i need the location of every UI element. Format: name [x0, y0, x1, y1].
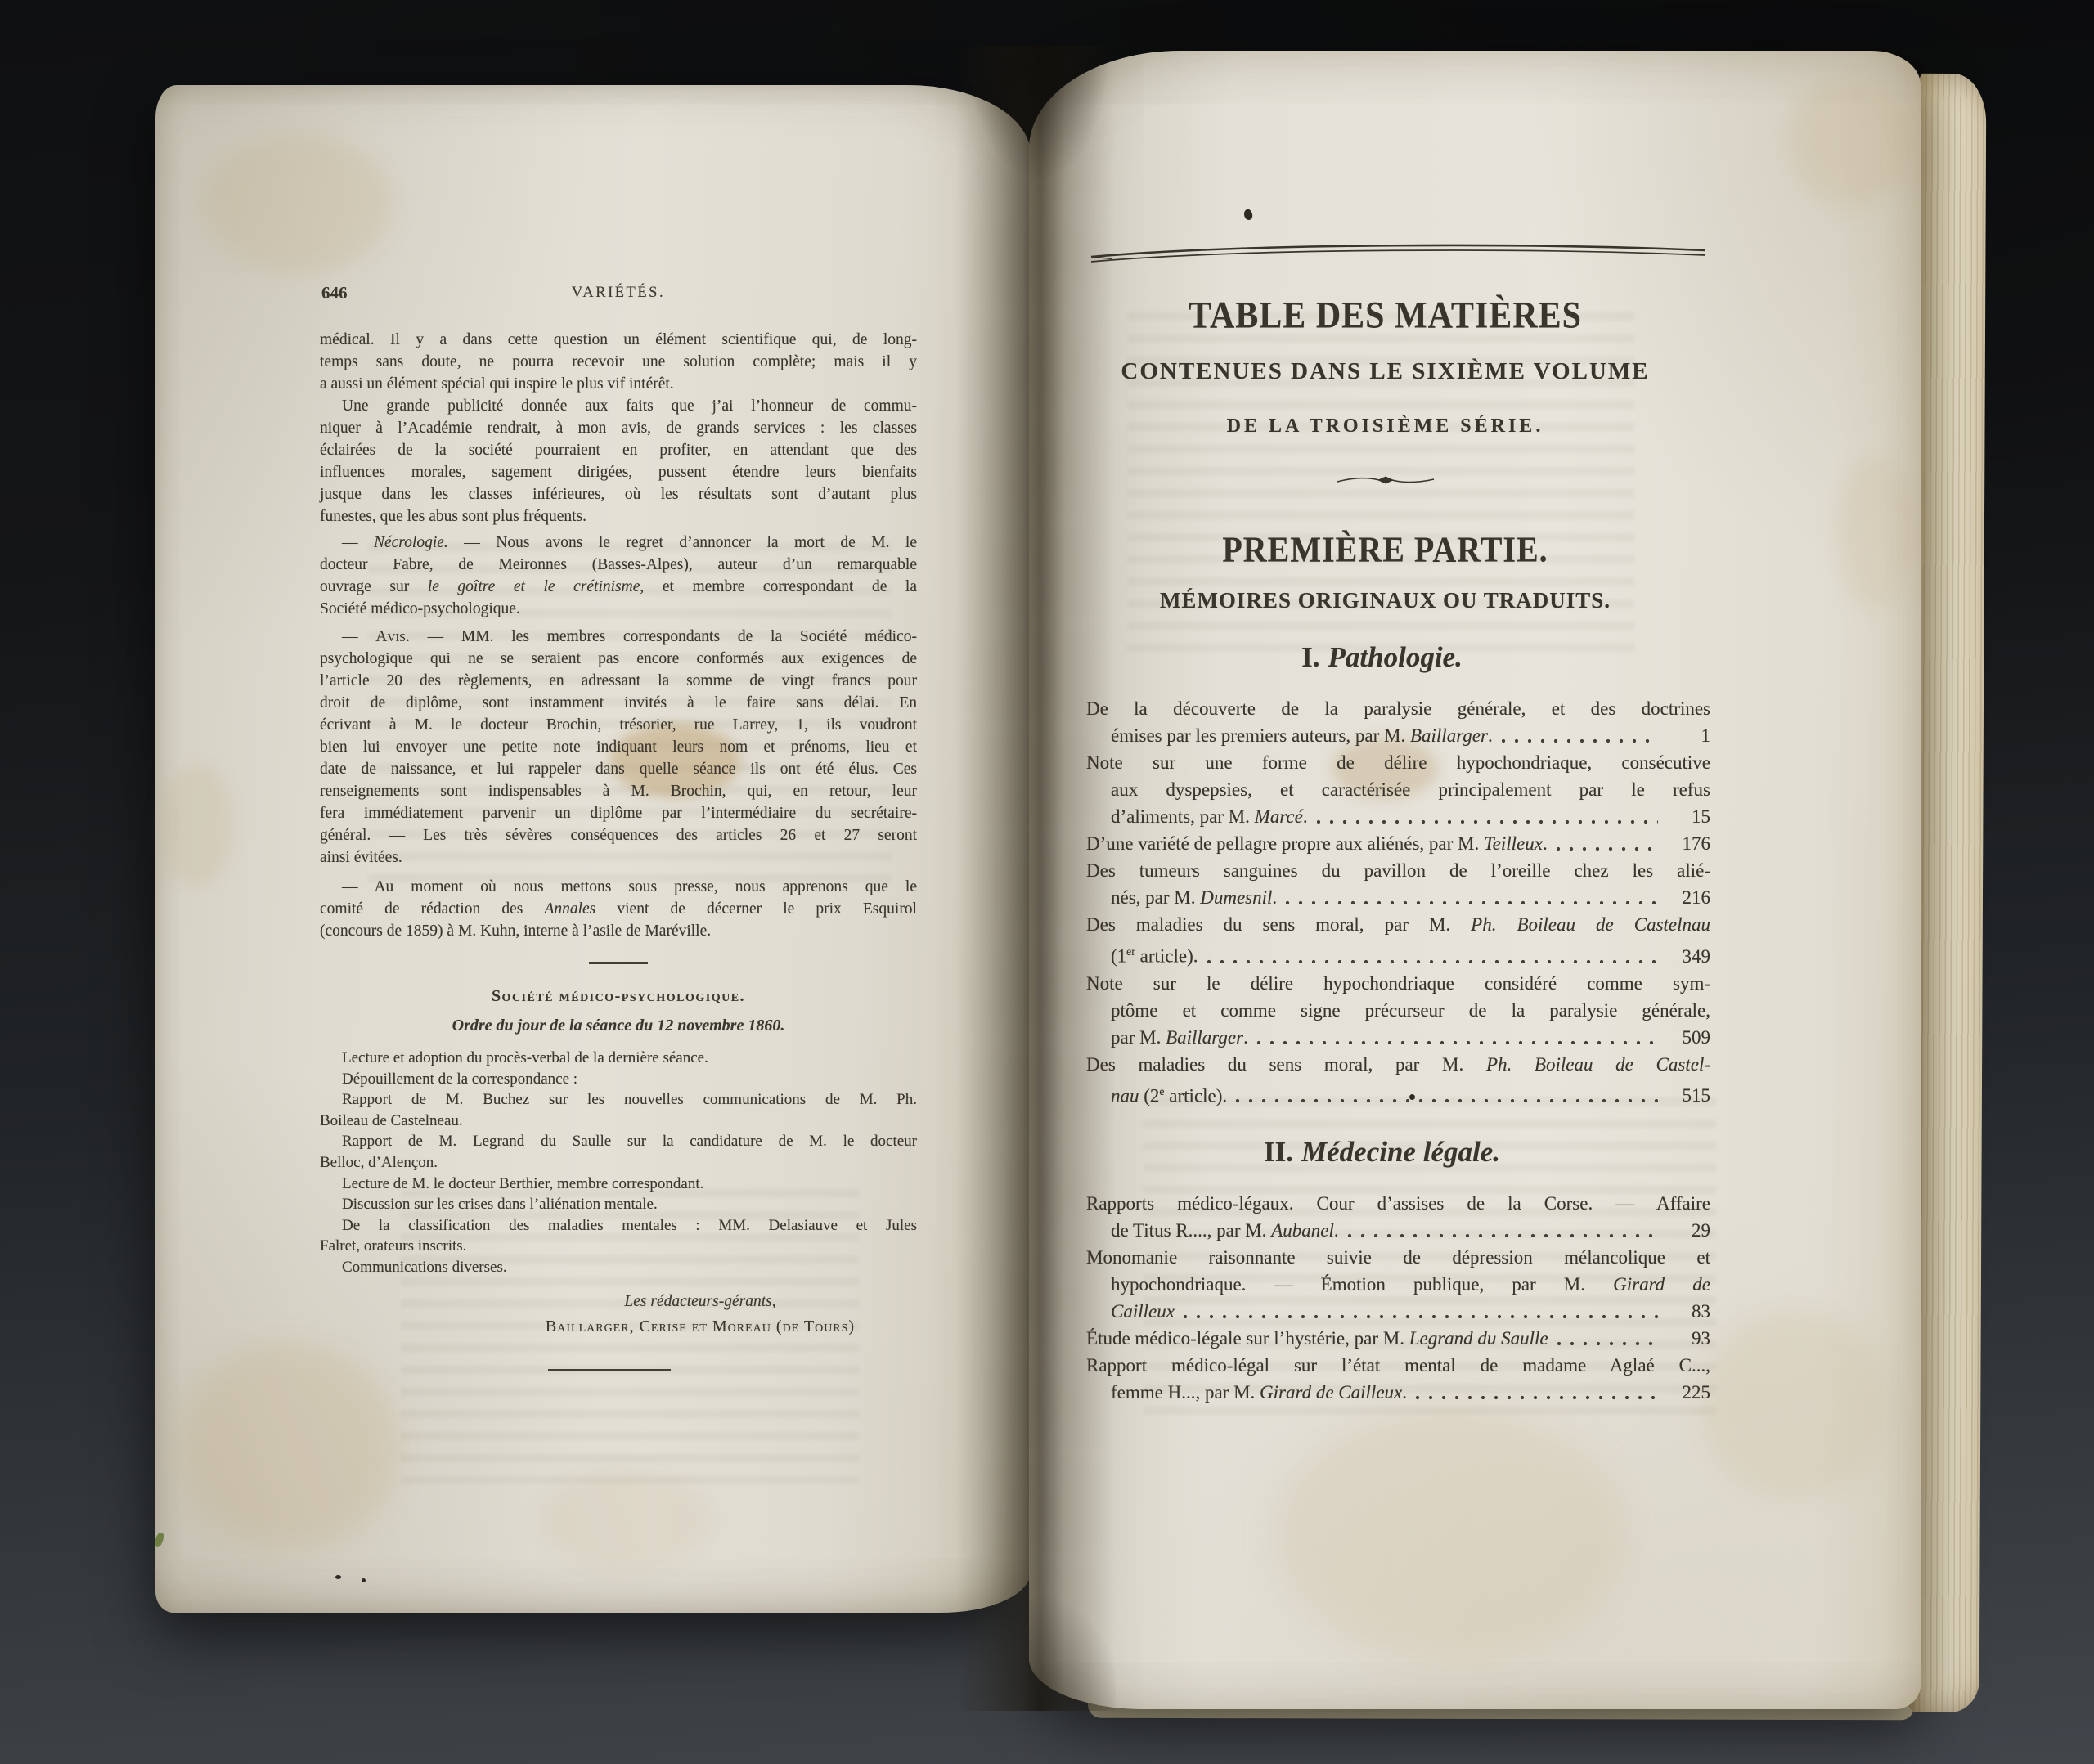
agenda-line: Lecture et adoption du procès-verbal de … [320, 1048, 917, 1069]
toc-entry-text: d’aliments, par M. Marcé. [1111, 803, 1308, 830]
paragraph-line: renseignements sont indispensables à M. … [320, 780, 917, 802]
paragraph-line: médical. Il y a dans cette question un é… [320, 329, 917, 351]
toc-entry-text: femme H..., par M. Girard de Cailleux. [1111, 1379, 1407, 1406]
toc-section-number: II. [1264, 1136, 1293, 1168]
toc-entry-line: Note sur une forme de délire hypochondri… [1086, 749, 1710, 776]
text-segment: d’aliments, par M. [1111, 806, 1255, 827]
paragraph-line: — Au moment où nous mettons sous presse,… [320, 876, 917, 898]
toc-entry: Note sur une forme de délire hypochondri… [1086, 749, 1710, 830]
paragraph-line: temps sans doute, ne pourra recevoir une… [320, 351, 917, 373]
text-segment: Discussion sur les crises dans l’aliénat… [342, 1196, 658, 1213]
toc-entry: Des tumeurs sanguines du pavillon de l’o… [1086, 857, 1710, 911]
toc-entry-lastline: par M. Baillarger.509 [1086, 1024, 1710, 1051]
toc-entry-lastline: d’aliments, par M. Marcé.15 [1086, 803, 1710, 830]
paragraph: — Nécrologie. — Nous avons le regret d’a… [320, 532, 917, 620]
text-segment: Rapports médico-légaux. Cour d’assises d… [1086, 1193, 1710, 1214]
agenda-line: De la classification des maladies mental… [320, 1215, 917, 1237]
text-segment: Dépouillement de la correspondance : [342, 1071, 577, 1088]
paragraph-line: fera immédiatement parvenir un diplôme p… [320, 802, 917, 824]
text-segment: . [1243, 1027, 1248, 1048]
dot-leader [1347, 1233, 1658, 1238]
text-segment: émises par les premiers auteurs, par M. [1111, 725, 1410, 746]
toc-section-heading: I.Pathologie. [1086, 640, 1710, 675]
toc-page-number: 1 [1665, 722, 1710, 749]
agenda-line: Rapport de M. Buchez sur les nouvelles c… [320, 1089, 917, 1111]
text-segment: . [1334, 1220, 1339, 1241]
text-segment: (2 [1139, 1085, 1160, 1106]
agenda-item: Communications diverses. [320, 1257, 917, 1278]
paragraph-line: date de naissance, et lui rappeler dans … [320, 758, 917, 780]
dot-leader [1285, 900, 1658, 905]
toc-title: TABLE DES MATIÈRES [1086, 294, 1710, 337]
paragraph-line: influences morales, sagement dirigées, p… [320, 461, 917, 483]
paragraph-line: funestes, que les abus sont plus fréquen… [320, 505, 917, 527]
toc-entry-line: Rapport médico-légal sur l’état mental d… [1086, 1352, 1710, 1379]
text-segment: Falret, orateurs inscrits. [320, 1237, 466, 1255]
toc-entry: Rapports médico-légaux. Cour d’assises d… [1086, 1190, 1710, 1244]
agenda-line: Communications diverses. [320, 1257, 917, 1278]
agenda-heading: Ordre du jour de la séance du 12 novembr… [320, 1015, 917, 1037]
text-segment: Des maladies du sens moral, par M. [1086, 914, 1471, 935]
double-rule-ornament [1086, 240, 1710, 263]
text-segment: comité de rédaction des [320, 900, 544, 918]
toc-entry-lastline: nés, par M. Dumesnil.216 [1086, 884, 1710, 911]
text-segment: Lecture et adoption du procès-verbal de … [342, 1049, 708, 1066]
toc-entry-lastline: (1er article).349 [1086, 938, 1710, 970]
toc-entry-text: Cailleux [1111, 1298, 1175, 1325]
text-segment: . [1402, 1382, 1407, 1403]
text-segment: a aussi un élément spécial qui inspire l… [320, 375, 674, 393]
text-segment: droit de diplôme, sont instamment invité… [320, 694, 917, 711]
text-segment: (1 [1111, 946, 1126, 967]
agenda-item: De la classification des maladies mental… [320, 1215, 917, 1257]
toc-entry-text: Étude médico-légale sur l’hystérie, par … [1086, 1325, 1548, 1352]
toc-entry-text: (1er article). [1111, 938, 1198, 970]
toc-page-number: 93 [1665, 1325, 1710, 1352]
toc-series-line: DE LA TROISIÈME SÉRIE. [1086, 416, 1710, 437]
paragraph-line: (concours de 1859) à M. Kuhn, interne à … [320, 920, 917, 942]
text-segment: Teilleux [1484, 833, 1543, 854]
text-segment: nés, par M. [1111, 887, 1200, 908]
paragraph-line: Société médico-psychologique. [320, 598, 917, 620]
text-segment: femme H..., par M. [1111, 1382, 1260, 1403]
toc-entry-line: De la découverte de la paralysie général… [1086, 695, 1710, 722]
toc-entry: Rapport médico-légal sur l’état mental d… [1086, 1352, 1710, 1406]
toc-section-name: Médecine légale. [1301, 1136, 1500, 1168]
toc-entry-lastline: Étude médico-légale sur l’hystérie, par … [1086, 1325, 1710, 1352]
running-head: VARIÉTÉS. [320, 282, 917, 304]
text-segment: , et membre correspondant de la [640, 578, 917, 595]
text-segment: ptôme et comme signe précurseur de la pa… [1111, 1000, 1710, 1021]
text-segment: vient de décerner le prix Esquirol [595, 900, 917, 918]
text-segment: — Au moment où nous mettons sous presse,… [342, 878, 917, 895]
toc-entry-text: de Titus R...., par M. Aubanel. [1111, 1217, 1339, 1244]
agenda-line: Discussion sur les crises dans l’aliénat… [320, 1194, 917, 1215]
text-segment: Note sur le délire hypochondriaque consi… [1086, 973, 1710, 994]
text-segment: Communications diverses. [342, 1259, 507, 1276]
part-heading: PREMIÈRE PARTIE. [1086, 529, 1710, 570]
society-heading: Société médico-psychologique. [320, 985, 917, 1008]
paragraph-line: a aussi un élément spécial qui inspire l… [320, 373, 917, 395]
paragraph-line: jusque dans les classes inférieures, où … [320, 483, 917, 505]
paragraph-line: éclairées de la société pourraient en pr… [320, 439, 917, 461]
text-segment: D’une variété de pellagre propre aux ali… [1086, 833, 1484, 854]
text-segment: Girard de [1613, 1274, 1710, 1295]
paragraph-line: docteur Fabre, de Meironnes (Basses-Alpe… [320, 554, 917, 576]
signature-block: Les rédacteurs-gérants, Baillarger, Ceri… [402, 1290, 999, 1338]
text-segment: Marcé [1255, 806, 1303, 827]
end-rule [548, 1369, 671, 1372]
text-segment: Aubanel [1271, 1220, 1334, 1241]
text-segment: Rapport médico-légal sur l’état mental d… [1086, 1355, 1710, 1376]
paragraph-line: Une grande publicité donnée aux faits qu… [320, 395, 917, 417]
foxing-stain [540, 1467, 712, 1573]
text-segment: influences morales, sagement dirigées, p… [320, 464, 917, 481]
right-page: TABLE DES MATIÈRES CONTENUES DANS LE SIX… [1029, 51, 1921, 1709]
text-segment: niquer à l’Académie rendrait, à mon avis… [320, 420, 917, 437]
toc-subtitle: CONTENUES DANS LE SIXIÈME VOLUME [1086, 359, 1710, 384]
toc-section-number: I. [1301, 641, 1319, 673]
toc-entry-lastline: émises par les premiers auteurs, par M. … [1086, 722, 1710, 749]
toc-entry-text: nés, par M. Dumesnil. [1111, 884, 1277, 911]
paragraph-line: général. — Les très sévères conséquences… [320, 824, 917, 846]
text-segment: l’article 20 des règlements, en adressan… [320, 672, 917, 689]
toc-sections: I.Pathologie.De la découverte de la para… [1086, 640, 1710, 1406]
toc-entry: De la découverte de la paralysie général… [1086, 695, 1710, 749]
agenda-item: Rapport de M. Legrand du Saulle sur la c… [320, 1131, 917, 1173]
body-paragraphs: médical. Il y a dans cette question un é… [320, 329, 917, 942]
toc-entry-line: hypochondriaque. — Émotion publique, par… [1086, 1271, 1710, 1298]
toc-page-number: 349 [1665, 943, 1710, 970]
signature-names: Baillarger, Cerise et Moreau (de Tours) [402, 1316, 999, 1338]
foxing-stain [1700, 1310, 1888, 1498]
text-segment: Belloc, d’Alençon. [320, 1154, 438, 1171]
toc-entry-lastline: de Titus R...., par M. Aubanel.29 [1086, 1217, 1710, 1244]
ink-speck [362, 1578, 366, 1582]
toc-page-number: 15 [1665, 803, 1710, 830]
dot-leader [1183, 1314, 1658, 1319]
toc-page-number: 176 [1665, 830, 1710, 857]
text-segment: Girard de Cailleux [1260, 1382, 1402, 1403]
part-subheading: MÉMOIRES ORIGINAUX OU TRADUITS. [1086, 589, 1710, 613]
text-segment: Nécrologie. [374, 534, 448, 551]
text-segment: Baillarger [1166, 1027, 1243, 1048]
toc-section-name: Pathologie. [1328, 641, 1463, 673]
dot-leader [1207, 959, 1658, 964]
text-segment: Annales [544, 900, 595, 918]
text-segment: Rapport de M. Legrand du Saulle sur la c… [342, 1133, 917, 1150]
paragraph-line: niquer à l’Académie rendrait, à mon avis… [320, 417, 917, 439]
paragraph-line: bien lui envoyer une petite note indiqua… [320, 736, 917, 758]
text-segment: article). [1165, 1085, 1228, 1106]
text-segment: Cailleux [1111, 1301, 1175, 1322]
dot-leader [1501, 738, 1658, 743]
paragraph-line: droit de diplôme, sont instamment invité… [320, 692, 917, 714]
dot-leader [1256, 1040, 1658, 1045]
foxing-stain [160, 764, 234, 886]
toc-entry-text: D’une variété de pellagre propre aux ali… [1086, 830, 1548, 857]
toc-page-number: 83 [1665, 1298, 1710, 1325]
toc-entry: Monomanie raisonnante suivie de dépressi… [1086, 1244, 1710, 1325]
dot-leader [1557, 1341, 1658, 1346]
text-segment: fera immédiatement parvenir un diplôme p… [320, 805, 917, 822]
text-segment: De la classification des maladies mental… [342, 1217, 917, 1234]
paragraph-line: — Nécrologie. — Nous avons le regret d’a… [320, 532, 917, 554]
text-segment: Monomanie raisonnante suivie de dépressi… [1086, 1247, 1710, 1268]
agenda-line: Boileau de Castelneau. [320, 1111, 917, 1132]
toc-entry-line: Des maladies du sens moral, par M. Ph. B… [1086, 911, 1710, 938]
fleuron-ornament [1086, 474, 1710, 487]
toc-entry: D’une variété de pellagre propre aux ali… [1086, 830, 1710, 857]
green-fiber [153, 1532, 165, 1548]
toc-entry-line: ptôme et comme signe précurseur de la pa… [1086, 997, 1710, 1024]
toc-page-number: 515 [1665, 1082, 1710, 1109]
text-segment: Des tumeurs sanguines du pavillon de l’o… [1086, 860, 1710, 881]
text-segment: . [1543, 833, 1548, 854]
dot-leader [1316, 819, 1658, 824]
toc-entry-text: émises par les premiers auteurs, par M. … [1111, 722, 1493, 749]
agenda-item: Dépouillement de la correspondance : [320, 1069, 917, 1090]
text-segment: De la découverte de la paralysie général… [1086, 698, 1710, 719]
paragraph-line: comité de rédaction des Annales vient de… [320, 898, 917, 920]
toc-page-number: 225 [1665, 1379, 1710, 1406]
toc-section: II.Médecine légale.Rapports médico-légau… [1086, 1135, 1710, 1406]
text-segment: Ph. Boileau de Castelnau [1471, 914, 1710, 935]
paragraph: — Au moment où nous mettons sous presse,… [320, 876, 917, 942]
right-page-text: TABLE DES MATIÈRES CONTENUES DANS LE SIX… [1086, 240, 1710, 1406]
left-page-text: 646 VARIÉTÉS. médical. Il y a dans cette… [320, 282, 917, 1371]
toc-entry-line: Rapports médico-légaux. Cour d’assises d… [1086, 1190, 1710, 1217]
agenda-line: Falret, orateurs inscrits. [320, 1236, 917, 1257]
text-segment: hypochondriaque. — Émotion publique, par… [1111, 1274, 1613, 1295]
text-segment: général. — Les très sévères conséquences… [320, 827, 917, 844]
text-segment: article). [1135, 946, 1198, 967]
text-segment: docteur Fabre, de Meironnes (Basses-Alpe… [320, 556, 917, 573]
text-segment: Avis. [375, 628, 410, 645]
book-photo: 646 VARIÉTÉS. médical. Il y a dans cette… [0, 0, 2094, 1764]
toc-entry-line: Des tumeurs sanguines du pavillon de l’o… [1086, 857, 1710, 884]
text-segment: . [1488, 725, 1493, 746]
text-segment: — Nous avons le regret d’annoncer la mor… [448, 534, 917, 551]
text-segment: Legrand du Saulle [1409, 1328, 1548, 1349]
toc-section: I.Pathologie.De la découverte de la para… [1086, 640, 1710, 1109]
text-segment: Note sur une forme de délire hypochondri… [1086, 752, 1710, 773]
text-segment: date de naissance, et lui rappeler dans … [320, 761, 917, 778]
toc-entry-line: Note sur le délire hypochondriaque consi… [1086, 970, 1710, 997]
text-segment: Étude médico-légale sur l’hystérie, par … [1086, 1328, 1409, 1349]
text-segment: aux dyspepsies, et caractérisée principa… [1111, 779, 1710, 800]
paragraph: médical. Il y a dans cette question un é… [320, 329, 917, 395]
toc-page-number: 509 [1665, 1024, 1710, 1051]
text-segment: funestes, que les abus sont plus fréquen… [320, 508, 586, 525]
agenda-line: Dépouillement de la correspondance : [320, 1069, 917, 1090]
text-segment: — [342, 628, 375, 645]
toc-entry-lastline: femme H..., par M. Girard de Cailleux.22… [1086, 1379, 1710, 1406]
dot-leader [1235, 1098, 1658, 1103]
agenda-line: Rapport de M. Legrand du Saulle sur la c… [320, 1131, 917, 1152]
toc-page-number: 216 [1665, 884, 1710, 911]
text-segment: Boileau de Castelneau. [320, 1112, 463, 1129]
foxing-stain [178, 1344, 399, 1549]
toc-entry-lastline: D’une variété de pellagre propre aux ali… [1086, 830, 1710, 857]
text-segment: ouvrage sur [320, 578, 428, 595]
text-segment: . [1272, 887, 1277, 908]
text-segment: Baillarger [1410, 725, 1488, 746]
text-segment: écrivant à M. le docteur Brochin, trésor… [320, 716, 917, 734]
text-segment: de Titus R...., par M. [1111, 1220, 1271, 1241]
toc-entry-line: aux dyspepsies, et caractérisée principa… [1086, 776, 1710, 803]
text-segment: (concours de 1859) à M. Kuhn, interne à … [320, 922, 711, 940]
signature-role: Les rédacteurs-gérants, [402, 1290, 999, 1313]
text-segment: médical. Il y a dans cette question un é… [320, 331, 917, 348]
text-segment: éclairées de la société pourraient en pr… [320, 442, 917, 459]
foxing-stain [1274, 1408, 1626, 1662]
text-segment: Une grande publicité donnée aux faits qu… [342, 397, 917, 415]
paragraph-line: ouvrage sur le goître et le crétinisme, … [320, 576, 917, 598]
text-segment: . [1303, 806, 1308, 827]
toc-entry: Des maladies du sens moral, par M. Ph. B… [1086, 1051, 1710, 1110]
text-segment: — MM. les membres correspondants de la S… [410, 628, 917, 645]
text-segment: ainsi évitées. [320, 849, 402, 866]
toc-entry-lastline: nau (2e article).515 [1086, 1078, 1710, 1110]
text-segment: Ph. Boileau de Castel- [1486, 1054, 1710, 1075]
paragraph-line: ainsi évitées. [320, 846, 917, 869]
ink-speck [335, 1575, 341, 1579]
text-segment: Rapport de M. Buchez sur les nouvelles c… [342, 1091, 917, 1108]
foxing-stain [1790, 75, 1912, 206]
text-segment: par M. [1111, 1027, 1166, 1048]
toc-entry-text: par M. Baillarger. [1111, 1024, 1248, 1051]
toc-entry-text: nau (2e article). [1111, 1078, 1227, 1110]
text-segment: Société médico-psychologique. [320, 600, 520, 617]
text-segment: Lecture de M. le docteur Berthier, membr… [342, 1175, 703, 1192]
paragraph-line: l’article 20 des règlements, en adressan… [320, 670, 917, 692]
foxing-stain [1835, 460, 1917, 607]
text-segment: nau [1111, 1085, 1139, 1106]
agenda-line: Lecture de M. le docteur Berthier, membr… [320, 1174, 917, 1195]
toc-entry-line: Monomanie raisonnante suivie de dépressi… [1086, 1244, 1710, 1271]
text-segment: psychologique qui ne se seraient pas enc… [320, 650, 917, 667]
agenda-item: Lecture et adoption du procès-verbal de … [320, 1048, 917, 1069]
agenda-list: Lecture et adoption du procès-verbal de … [320, 1048, 917, 1278]
text-segment: bien lui envoyer une petite note indiqua… [320, 738, 917, 756]
toc-entry: Note sur le délire hypochondriaque consi… [1086, 970, 1710, 1051]
agenda-item: Discussion sur les crises dans l’aliénat… [320, 1194, 917, 1215]
toc-entry-line: Des maladies du sens moral, par M. Ph. B… [1086, 1051, 1710, 1078]
agenda-item: Lecture de M. le docteur Berthier, membr… [320, 1174, 917, 1195]
text-segment: temps sans doute, ne pourra recevoir une… [320, 353, 917, 370]
text-segment: le goître et le crétinisme [428, 578, 640, 595]
toc-entry-lastline: Cailleux 83 [1086, 1298, 1710, 1325]
agenda-line: Belloc, d’Alençon. [320, 1152, 917, 1174]
paragraph-line: — Avis. — MM. les membres correspondants… [320, 626, 917, 648]
text-segment: renseignements sont indispensables à M. … [320, 783, 917, 800]
paragraph: Une grande publicité donnée aux faits qu… [320, 395, 917, 527]
section-rule [589, 962, 648, 964]
left-page: 646 VARIÉTÉS. médical. Il y a dans cette… [155, 85, 1031, 1613]
toc-entry: Étude médico-légale sur l’hystérie, par … [1086, 1325, 1710, 1352]
paragraph: — Avis. — MM. les membres correspondants… [320, 626, 917, 869]
text-segment: — [342, 534, 374, 551]
ink-spot [1242, 208, 1255, 221]
paragraph-line: écrivant à M. le docteur Brochin, trésor… [320, 714, 917, 736]
dot-leader [1556, 846, 1658, 851]
page-header: 646 VARIÉTÉS. [320, 282, 917, 304]
text-segment: Des maladies du sens moral, par M. [1086, 1054, 1486, 1075]
text-segment: Dumesnil [1200, 887, 1272, 908]
foxing-stain [204, 134, 393, 273]
toc-section-heading: II.Médecine légale. [1086, 1135, 1710, 1169]
agenda-item: Rapport de M. Buchez sur les nouvelles c… [320, 1089, 917, 1131]
text-segment: jusque dans les classes inférieures, où … [320, 486, 917, 503]
toc-entry: Des maladies du sens moral, par M. Ph. B… [1086, 911, 1710, 970]
paragraph-line: psychologique qui ne se seraient pas enc… [320, 648, 917, 670]
text-segment: er [1126, 945, 1135, 958]
toc-page-number: 29 [1665, 1217, 1710, 1244]
dot-leader [1415, 1395, 1658, 1400]
